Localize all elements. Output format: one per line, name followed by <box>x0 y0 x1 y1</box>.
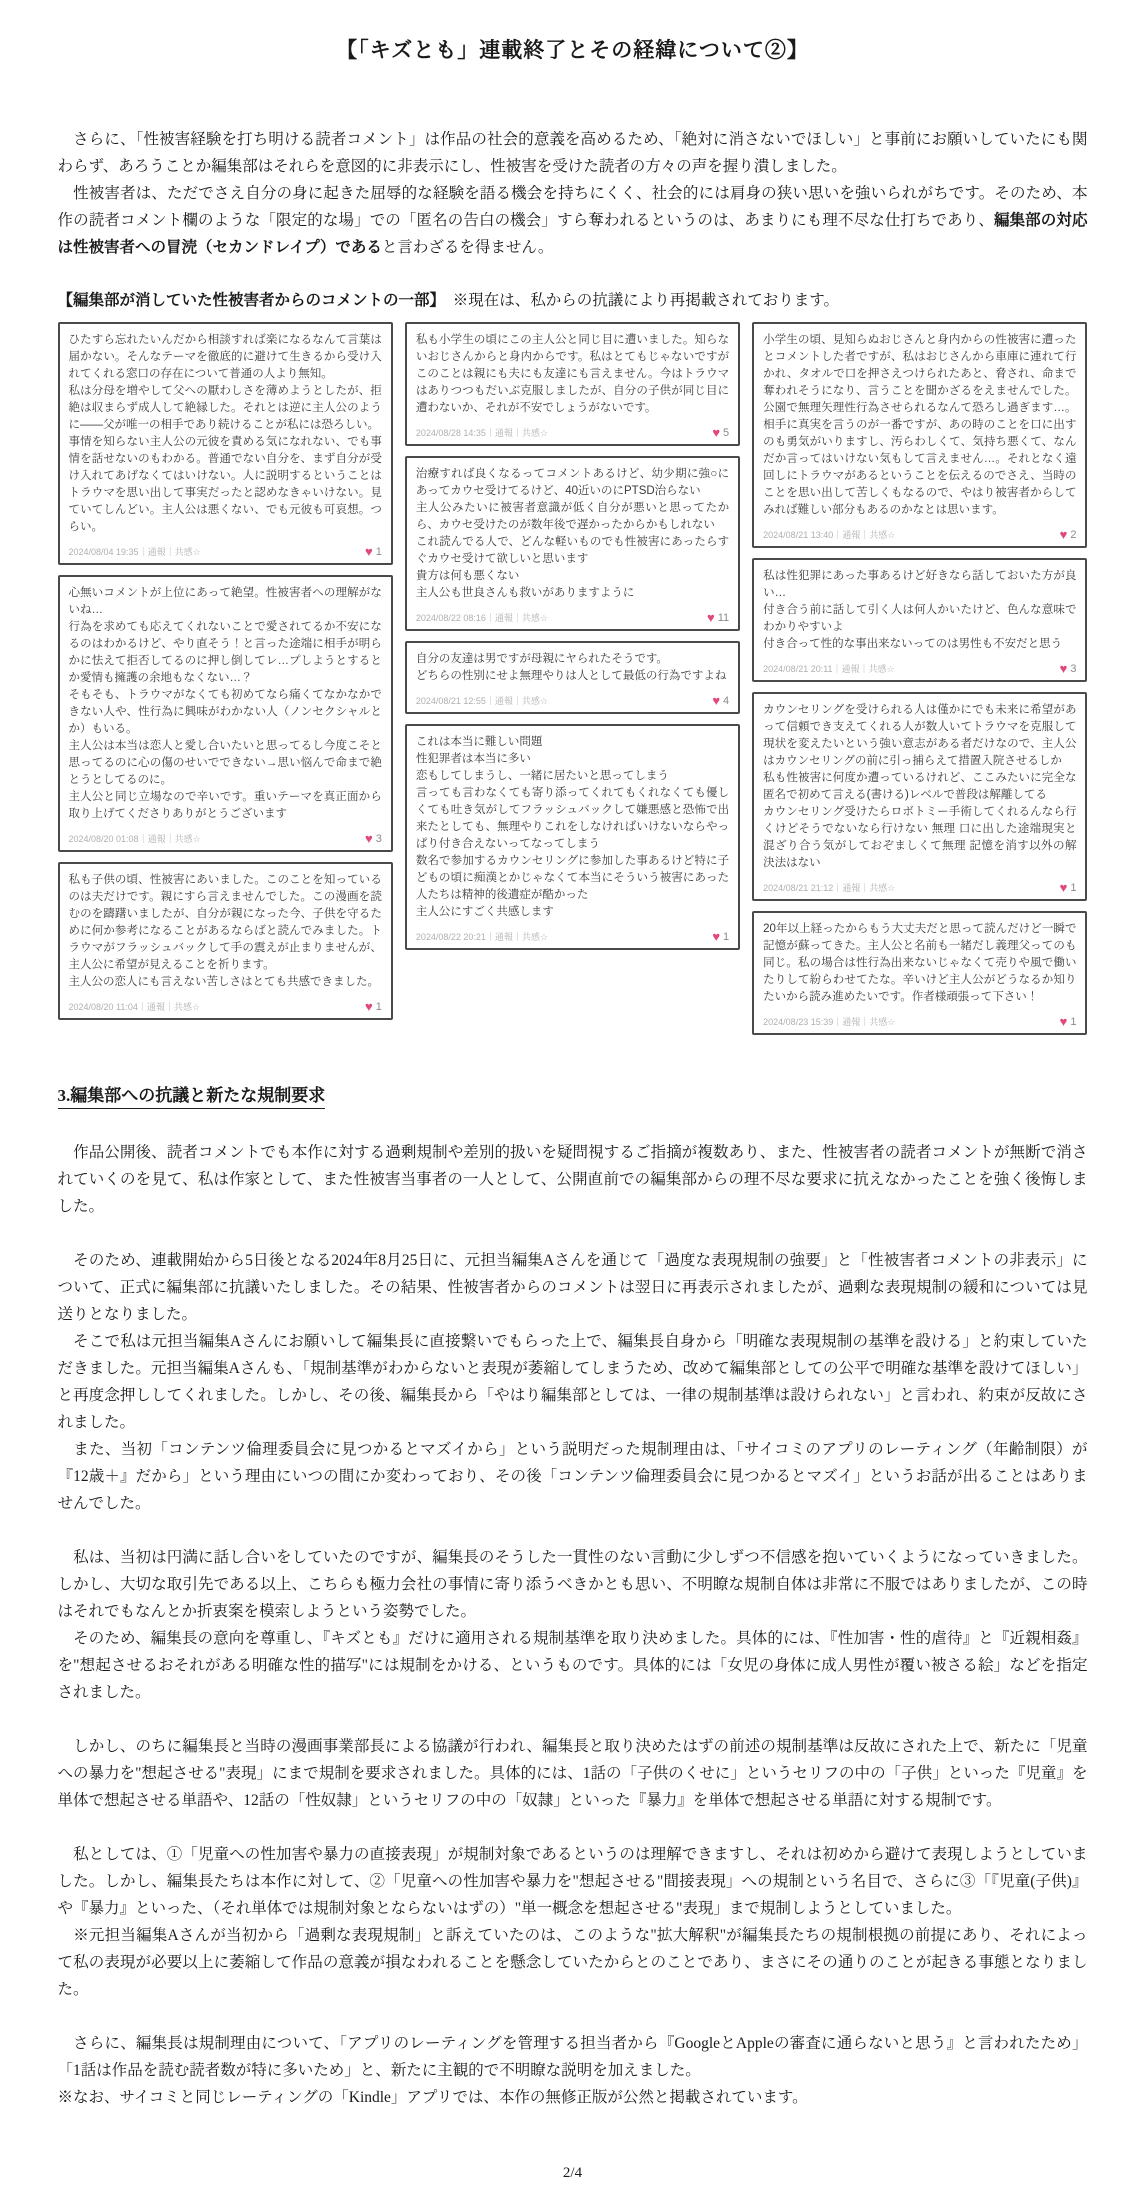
body-paragraph: しかし、のちに編集長と当時の漫画事業部長による協議が行われ、編集長と取り決めたは… <box>58 1733 1088 1814</box>
like-count-value: 11 <box>718 612 729 624</box>
page-number: 2/4 <box>58 2165 1088 2182</box>
reader-comment-card: 心無いコメントが上位にあって絶望。性被害者への理解がないね… 行為を求めても応え… <box>58 575 393 852</box>
comment-footer: 2024/08/21 20:11｜通報｜共感☆♥3 <box>763 660 1076 675</box>
paragraph-block: 私としては、①「児童への性加害や暴力の直接表現」が規制対象であるというのは理解で… <box>58 1841 1088 2003</box>
reader-comment-card: 20年以上経ったからもう大丈夫だと思って読んだけど一瞬で記憶が蘇ってきた。主人公… <box>752 911 1087 1035</box>
like-count-value: 3 <box>1070 663 1076 675</box>
like-count: ♥1 <box>365 545 382 558</box>
comments-caption: 【編集部が消していた性被害者からのコメントの一部】 ※現在は、私からの抗議により… <box>58 288 1088 314</box>
body-paragraph: また、当初「コンテンツ倫理委員会に見つかるとマズイから」という説明だった規制理由… <box>58 1436 1088 1517</box>
comment-column: 私も小学生の頃にこの主人公と同じ目に遭いました。知らないおじさんからと身内からで… <box>405 322 740 950</box>
heart-icon: ♥ <box>712 930 720 943</box>
like-count-value: 4 <box>723 695 729 707</box>
comment-meta: 2024/08/21 12:55｜通報｜共感☆ <box>416 694 548 707</box>
intro-section: さらに、「性被害経験を打ち明ける読者コメント」は作品の社会的意義を高めるため、「… <box>58 126 1088 261</box>
body-paragraph: ※元担当編集Aさんが当初から「過剰な表現規制」と訴えていたのは、このような"拡大… <box>58 1922 1088 2003</box>
reader-comment-card: ひたすら忘れたいんだから相談すれば楽になるなんて言葉は届かない。そんなテーマを徹… <box>58 322 393 565</box>
comments-caption-label: 【編集部が消していた性被害者からのコメントの一部】 <box>58 292 438 309</box>
like-count: ♥1 <box>1060 881 1077 894</box>
like-count: ♥4 <box>712 694 729 707</box>
comment-footer: 2024/08/21 13:40｜通報｜共感☆♥2 <box>763 526 1076 541</box>
intro-paragraph-1: さらに、「性被害経験を打ち明ける読者コメント」は作品の社会的意義を高めるため、「… <box>58 126 1088 180</box>
body-paragraph: ※なお、サイコミと同じレーティングの「Kindle」アプリでは、本作の無修正版が… <box>58 2084 1088 2111</box>
like-count: ♥3 <box>365 832 382 845</box>
like-count-value: 2 <box>1070 529 1076 541</box>
paragraph-block: 作品公開後、読者コメントでも本作に対する過剰規制や差別的扱いを疑問視するご指摘が… <box>58 1139 1088 1220</box>
paragraph-block: さらに、編集長は規制理由について、「アプリのレーティングを管理する担当者から『G… <box>58 2030 1088 2111</box>
comment-footer: 2024/08/04 19:35｜通報｜共感☆♥1 <box>69 543 382 558</box>
like-count-value: 1 <box>1070 1016 1076 1028</box>
body-paragraph: さらに、編集長は規制理由について、「アプリのレーティングを管理する担当者から『G… <box>58 2030 1088 2084</box>
comment-footer: 2024/08/22 08:16｜通報｜共感☆♥11 <box>416 609 729 624</box>
like-count: ♥3 <box>1060 662 1077 675</box>
section3-heading: 3.編集部への抗議と新たな規制要求 <box>58 1081 326 1109</box>
comment-meta: 2024/08/20 01:08｜通報｜共感☆ <box>69 832 201 845</box>
comment-meta: 2024/08/21 13:40｜通報｜共感☆ <box>763 528 895 541</box>
comment-footer: 2024/08/21 21:12｜通報｜共感☆♥1 <box>763 879 1076 894</box>
comment-footer: 2024/08/20 01:08｜通報｜共感☆♥3 <box>69 830 382 845</box>
body-paragraph: 私としては、①「児童への性加害や暴力の直接表現」が規制対象であるというのは理解で… <box>58 1841 1088 1922</box>
reader-comment-card: 私も子供の頃、性被害にあいました。このことを知っているのは夫だけです。親にすら言… <box>58 862 393 1020</box>
comment-meta: 2024/08/21 21:12｜通報｜共感☆ <box>763 881 895 894</box>
reader-comment-card: 治療すれば良くなるってコメントあるけど、幼少期に強○にあってカウセ受けてるけど、… <box>405 456 740 631</box>
comment-meta: 2024/08/22 08:16｜通報｜共感☆ <box>416 611 548 624</box>
heart-icon: ♥ <box>1060 1015 1068 1028</box>
comment-text: 20年以上経ったからもう大丈夫だと思って読んだけど一瞬で記憶が蘇ってきた。主人公… <box>763 921 1076 1006</box>
like-count: ♥1 <box>712 930 729 943</box>
like-count: ♥1 <box>365 1000 382 1013</box>
reader-comment-card: これは本当に難しい問題 性犯罪者は本当に多い 恋もしてしまうし、一緒に居たいと思… <box>405 724 740 950</box>
heart-icon: ♥ <box>365 832 373 845</box>
paragraph-block: しかし、のちに編集長と当時の漫画事業部長による協議が行われ、編集長と取り決めたは… <box>58 1733 1088 1814</box>
comment-text: これは本当に難しい問題 性犯罪者は本当に多い 恋もしてしまうし、一緒に居たいと思… <box>416 734 729 921</box>
comment-text: 私も子供の頃、性被害にあいました。このことを知っているのは夫だけです。親にすら言… <box>69 872 382 991</box>
comment-footer: 2024/08/20 11:04｜通報｜共感☆♥1 <box>69 998 382 1013</box>
comment-column: ひたすら忘れたいんだから相談すれば楽になるなんて言葉は届かない。そんなテーマを徹… <box>58 322 393 1020</box>
comment-text: ひたすら忘れたいんだから相談すれば楽になるなんて言葉は届かない。そんなテーマを徹… <box>69 332 382 536</box>
reader-comment-card: 自分の友達は男ですが母親にヤられたそうです。 どちらの性別にせよ無理やりは人とし… <box>405 641 740 714</box>
body-paragraph: そのため、連載開始から5日後となる2024年8月25日に、元担当編集Aさんを通じ… <box>58 1247 1088 1328</box>
like-count: ♥1 <box>1060 1015 1077 1028</box>
comment-text: 私も小学生の頃にこの主人公と同じ目に遭いました。知らないおじさんからと身内からで… <box>416 332 729 417</box>
comment-footer: 2024/08/28 14:35｜通報｜共感☆♥5 <box>416 424 729 439</box>
comment-meta: 2024/08/21 20:11｜通報｜共感☆ <box>763 662 894 675</box>
like-count: ♥11 <box>707 611 729 624</box>
body-paragraph: そこで私は元担当編集Aさんにお願いして編集長に直接繋いでもらった上で、編集長自身… <box>58 1328 1088 1436</box>
comment-text: 治療すれば良くなるってコメントあるけど、幼少期に強○にあってカウセ受けてるけど、… <box>416 466 729 602</box>
intro-paragraph-2-suffix: と言わざるを得ません。 <box>382 239 553 256</box>
comments-caption-note: ※現在は、私からの抗議により再掲載されております。 <box>437 292 839 309</box>
heart-icon: ♥ <box>1060 662 1068 675</box>
comment-text: カウンセリングを受けられる人は僅かにでも未来に希望があって信頼でき支えてくれる人… <box>763 702 1076 872</box>
comment-footer: 2024/08/21 12:55｜通報｜共感☆♥4 <box>416 692 729 707</box>
heart-icon: ♥ <box>712 426 720 439</box>
heart-icon: ♥ <box>1060 881 1068 894</box>
heart-icon: ♥ <box>365 1000 373 1013</box>
comment-meta: 2024/08/23 15:39｜通報｜共感☆ <box>763 1015 895 1028</box>
heart-icon: ♥ <box>1060 528 1068 541</box>
comment-meta: 2024/08/04 19:35｜通報｜共感☆ <box>69 545 201 558</box>
comment-column: 小学生の頃、見知らぬおじさんと身内からの性被害に遭ったとコメントした者ですが、私… <box>752 322 1087 1035</box>
comment-text: 心無いコメントが上位にあって絶望。性被害者への理解がないね… 行為を求めても応え… <box>69 585 382 823</box>
section3-body: 作品公開後、読者コメントでも本作に対する過剰規制や差別的扱いを疑問視するご指摘が… <box>58 1139 1088 2111</box>
comment-text: 自分の友達は男ですが母親にヤられたそうです。 どちらの性別にせよ無理やりは人とし… <box>416 651 729 685</box>
comment-meta: 2024/08/28 14:35｜通報｜共感☆ <box>416 426 548 439</box>
heart-icon: ♥ <box>707 611 715 624</box>
reader-comment-card: 私も小学生の頃にこの主人公と同じ目に遭いました。知らないおじさんからと身内からで… <box>405 322 740 446</box>
paragraph-block: 私は、当初は円満に話し合いをしていたのですが、編集長のそうした一貫性のない言動に… <box>58 1544 1088 1706</box>
like-count: ♥5 <box>712 426 729 439</box>
like-count: ♥2 <box>1060 528 1077 541</box>
comment-text: 私は性犯罪にあった事あるけど好きなら話しておいた方が良い… 付き合う前に話して引… <box>763 568 1076 653</box>
comment-columns: ひたすら忘れたいんだから相談すれば楽になるなんて言葉は届かない。そんなテーマを徹… <box>58 322 1088 1035</box>
reader-comment-card: カウンセリングを受けられる人は僅かにでも未来に希望があって信頼でき支えてくれる人… <box>752 692 1087 901</box>
intro-paragraph-2: 性被害者は、ただでさえ自分の身に起きた屈辱的な経験を語る機会を持ちにくく、社会的… <box>58 180 1088 261</box>
like-count-value: 1 <box>723 931 729 943</box>
comment-meta: 2024/08/20 11:04｜通報｜共感☆ <box>69 1000 200 1013</box>
like-count-value: 5 <box>723 427 729 439</box>
section3: 3.編集部への抗議と新たな規制要求 作品公開後、読者コメントでも本作に対する過剰… <box>58 1035 1088 2111</box>
comment-meta: 2024/08/22 20:21｜通報｜共感☆ <box>416 930 548 943</box>
page-title: 【「キズとも」連載終了とその経緯について②】 <box>58 34 1088 64</box>
document-page: 【「キズとも」連載終了とその経緯について②】 さらに、「性被害経験を打ち明ける読… <box>58 0 1088 2182</box>
heart-icon: ♥ <box>712 694 720 707</box>
intro-paragraph-2-text: 性被害者は、ただでさえ自分の身に起きた屈辱的な経験を語る機会を持ちにくく、社会的… <box>58 185 1088 229</box>
comment-text: 小学生の頃、見知らぬおじさんと身内からの性被害に遭ったとコメントした者ですが、私… <box>763 332 1076 519</box>
reader-comment-card: 私は性犯罪にあった事あるけど好きなら話しておいた方が良い… 付き合う前に話して引… <box>752 558 1087 682</box>
body-paragraph: そのため、編集長の意向を尊重し、『キズとも』だけに適用される規制基準を取り決めま… <box>58 1625 1088 1706</box>
paragraph-block: そのため、連載開始から5日後となる2024年8月25日に、元担当編集Aさんを通じ… <box>58 1247 1088 1517</box>
body-paragraph: 作品公開後、読者コメントでも本作に対する過剰規制や差別的扱いを疑問視するご指摘が… <box>58 1139 1088 1220</box>
comment-footer: 2024/08/23 15:39｜通報｜共感☆♥1 <box>763 1013 1076 1028</box>
comment-footer: 2024/08/22 20:21｜通報｜共感☆♥1 <box>416 928 729 943</box>
like-count-value: 1 <box>1070 882 1076 894</box>
reader-comment-card: 小学生の頃、見知らぬおじさんと身内からの性被害に遭ったとコメントした者ですが、私… <box>752 322 1087 548</box>
heart-icon: ♥ <box>365 545 373 558</box>
like-count-value: 1 <box>376 546 382 558</box>
body-paragraph: 私は、当初は円満に話し合いをしていたのですが、編集長のそうした一貫性のない言動に… <box>58 1544 1088 1625</box>
like-count-value: 3 <box>376 833 382 845</box>
like-count-value: 1 <box>376 1001 382 1013</box>
